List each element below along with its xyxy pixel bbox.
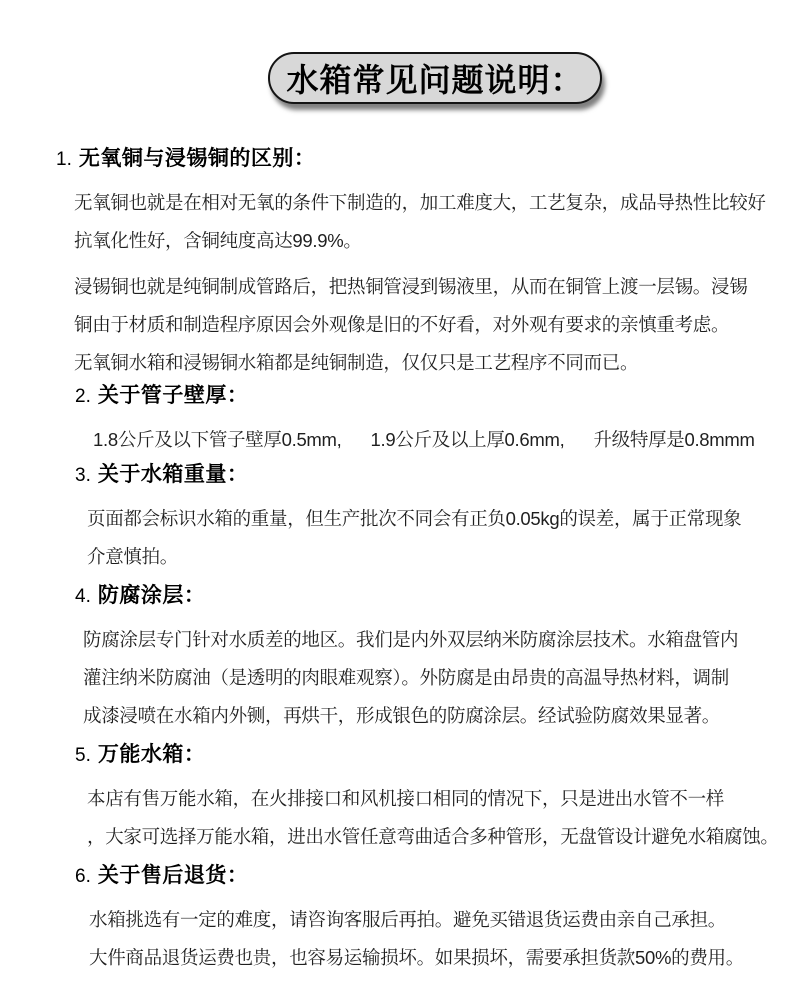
paragraph: 水箱挑选有一定的难度，请咨询客服后再拍。避免买错退货运费由亲自己承担。 大件商品… [89,901,744,977]
section-heading: 1.无氧铜与浸锡铜的区别： [56,146,766,172]
section-heading: 2.关于管子壁厚： [75,383,755,409]
section-tank-weight: 3.关于水箱重量： 页面都会标识水箱的重量，但生产批次不同会有正负0.05kg的… [75,462,741,576]
section-heading: 6.关于售后退货： [75,863,744,889]
section-heading: 4.防腐涂层： [75,583,738,609]
section-title: 万能水箱： [98,743,206,766]
section-body: 本店有售万能水箱，在火排接口和风机接口相同的情况下，只是进出水管不一样 ，大家可… [75,780,779,856]
section-body: 1.8公斤及以下管子壁厚0.5mm, 1.9公斤及以上厚0.6mm, 升级特厚是… [75,421,755,459]
section-body: 水箱挑选有一定的难度，请咨询客服后再拍。避免买错退货运费由亲自己承担。 大件商品… [75,901,744,977]
text-line: ，大家可选择万能水箱，进出水管任意弯曲适合多种管形，无盘管设计避免水箱腐蚀。 [87,818,779,856]
text-line: 1.8公斤及以下管子壁厚0.5mm, 1.9公斤及以上厚0.6mm, 升级特厚是… [93,421,755,459]
paragraph: 1.8公斤及以下管子壁厚0.5mm, 1.9公斤及以上厚0.6mm, 升级特厚是… [93,421,755,459]
paragraph: 本店有售万能水箱，在火排接口和风机接口相同的情况下，只是进出水管不一样 ，大家可… [87,780,779,856]
text-line: 成漆浸喷在水箱内外铡，再烘干，形成银色的防腐涂层。经试验防腐效果显著。 [83,697,738,735]
paragraph: 浸锡铜也就是纯铜制成管路后，把热铜管浸到锡液里，从而在铜管上渡一层锡。浸锡 铜由… [74,268,766,382]
section-title: 关于售后退货： [98,864,249,887]
section-number: 2. [75,386,91,407]
text-line: 水箱挑选有一定的难度，请咨询客服后再拍。避免买错退货运费由亲自己承担。 [89,901,744,939]
section-oxygen-free-copper: 1.无氧铜与浸锡铜的区别： 无氧铜也就是在相对无氧的条件下制造的，加工难度大，工… [56,146,766,382]
section-anticorrosion-coating: 4.防腐涂层： 防腐涂层专门针对水质差的地区。我们是内外双层纳米防腐涂层技术。水… [75,583,738,735]
text-line: 页面都会标识水箱的重量，但生产批次不同会有正负0.05kg的误差，属于正常现象 [87,500,741,538]
faq-document-page: 水箱常见问题说明： 1.无氧铜与浸锡铜的区别： 无氧铜也就是在相对无氧的条件下制… [0,0,800,1000]
section-body: 无氧铜也就是在相对无氧的条件下制造的，加工难度大，工艺复杂，成品导热性比较好 抗… [56,184,766,382]
text-line: 介意慎拍。 [87,538,741,576]
section-title: 防腐涂层： [98,584,206,607]
section-body: 防腐涂层专门针对水质差的地区。我们是内外双层纳米防腐涂层技术。水箱盘管内 灌注纳… [75,621,738,735]
text-line: 铜由于材质和制造程序原因会外观像是旧的不好看，对外观有要求的亲慎重考虑。 [74,306,766,344]
text-line: 浸锡铜也就是纯铜制成管路后，把热铜管浸到锡液里，从而在铜管上渡一层锡。浸锡 [74,268,766,306]
text-line: 抗氧化性好，含铜纯度高达99.9%。 [74,222,766,260]
section-heading: 3.关于水箱重量： [75,462,741,488]
section-number: 5. [75,745,91,766]
section-number: 1. [56,149,72,170]
text-line: 防腐涂层专门针对水质差的地区。我们是内外双层纳米防腐涂层技术。水箱盘管内 [83,621,738,659]
section-title: 无氧铜与浸锡铜的区别： [79,147,316,170]
section-body: 页面都会标识水箱的重量，但生产批次不同会有正负0.05kg的误差，属于正常现象 … [75,500,741,576]
text-line: 无氧铜水箱和浸锡铜水箱都是纯铜制造，仅仅只是工艺程序不同而已。 [74,344,766,382]
text-line: 灌注纳米防腐油（是透明的肉眼难观察）。外防腐是由昂贵的高温导热材料，调制 [83,659,738,697]
section-number: 6. [75,866,91,887]
section-universal-tank: 5.万能水箱： 本店有售万能水箱，在火排接口和风机接口相同的情况下，只是进出水管… [75,742,779,856]
text-line: 无氧铜也就是在相对无氧的条件下制造的，加工难度大，工艺复杂，成品导热性比较好 [74,184,766,222]
paragraph: 页面都会标识水箱的重量，但生产批次不同会有正负0.05kg的误差，属于正常现象 … [87,500,741,576]
title-banner: 水箱常见问题说明： [268,52,602,104]
page-title: 水箱常见问题说明： [286,55,583,101]
section-title: 关于管子壁厚： [98,384,249,407]
section-number: 4. [75,586,91,607]
text-line: 本店有售万能水箱，在火排接口和风机接口相同的情况下，只是进出水管不一样 [87,780,779,818]
text-line: 大件商品退货运费也贵，也容易运输损坏。如果损坏，需要承担货款50%的费用。 [89,939,744,977]
section-heading: 5.万能水箱： [75,742,779,768]
paragraph: 防腐涂层专门针对水质差的地区。我们是内外双层纳米防腐涂层技术。水箱盘管内 灌注纳… [83,621,738,735]
section-number: 3. [75,465,91,486]
paragraph: 无氧铜也就是在相对无氧的条件下制造的，加工难度大，工艺复杂，成品导热性比较好 抗… [74,184,766,260]
section-pipe-wall-thickness: 2.关于管子壁厚： 1.8公斤及以下管子壁厚0.5mm, 1.9公斤及以上厚0.… [75,383,755,459]
section-title: 关于水箱重量： [98,463,249,486]
section-returns-policy: 6.关于售后退货： 水箱挑选有一定的难度，请咨询客服后再拍。避免买错退货运费由亲… [75,863,744,977]
